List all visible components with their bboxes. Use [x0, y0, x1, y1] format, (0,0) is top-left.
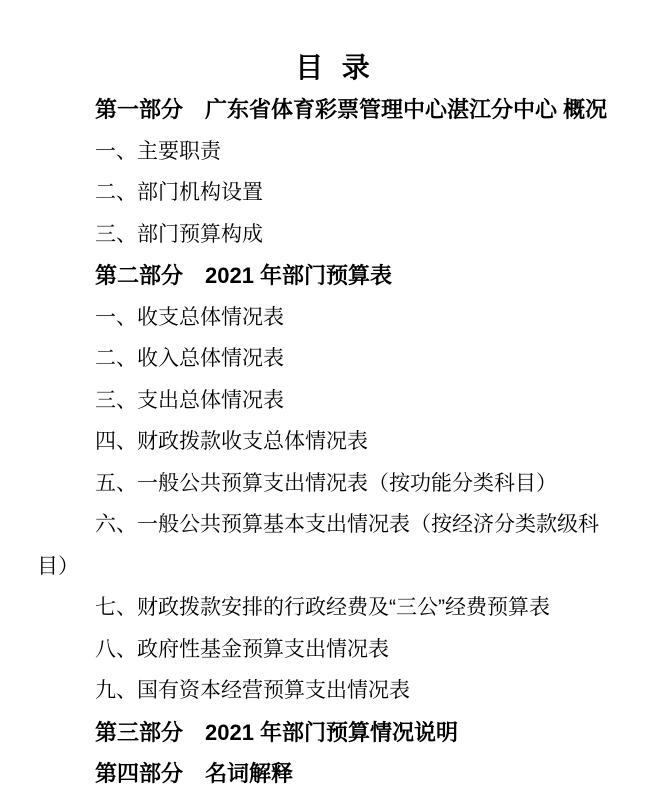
document-page: 目 录 第一部分 广东省体育彩票管理中心湛江分中心 概况 一、主要职责 二、部门… — [0, 0, 666, 806]
page-title: 目 录 — [0, 47, 666, 89]
toc-entry: 八、政府性基金预算支出情况表 — [37, 629, 610, 671]
toc-section-heading: 第二部分 2021 年部门预算表 — [37, 255, 610, 297]
toc-entry: 二、部门机构设置 — [37, 172, 610, 214]
toc-entry: 一、收支总体情况表 — [37, 297, 610, 339]
toc-entry: 七、财政拨款安排的行政经费及“三公”经费预算表 — [37, 587, 610, 629]
toc-entry: 九、国有资本经营预算支出情况表 — [37, 670, 610, 712]
toc-entry: 三、支出总体情况表 — [37, 380, 610, 422]
toc-entry: 五、一般公共预算支出情况表（按功能分类科目） — [37, 463, 610, 505]
table-of-contents: 第一部分 广东省体育彩票管理中心湛江分中心 概况 一、主要职责 二、部门机构设置… — [37, 89, 610, 795]
toc-section-heading: 第三部分 2021 年部门预算情况说明 — [37, 712, 610, 754]
toc-entry: 六、一般公共预算基本支出情况表（按经济分类款级科目） — [37, 504, 610, 587]
toc-entry: 四、财政拨款收支总体情况表 — [37, 421, 610, 463]
toc-section-heading: 第一部分 广东省体育彩票管理中心湛江分中心 概况 — [37, 89, 610, 131]
toc-entry: 一、主要职责 — [37, 131, 610, 173]
toc-entry: 三、部门预算构成 — [37, 214, 610, 256]
toc-entry: 二、收入总体情况表 — [37, 338, 610, 380]
toc-section-heading: 第四部分 名词解释 — [37, 753, 610, 795]
